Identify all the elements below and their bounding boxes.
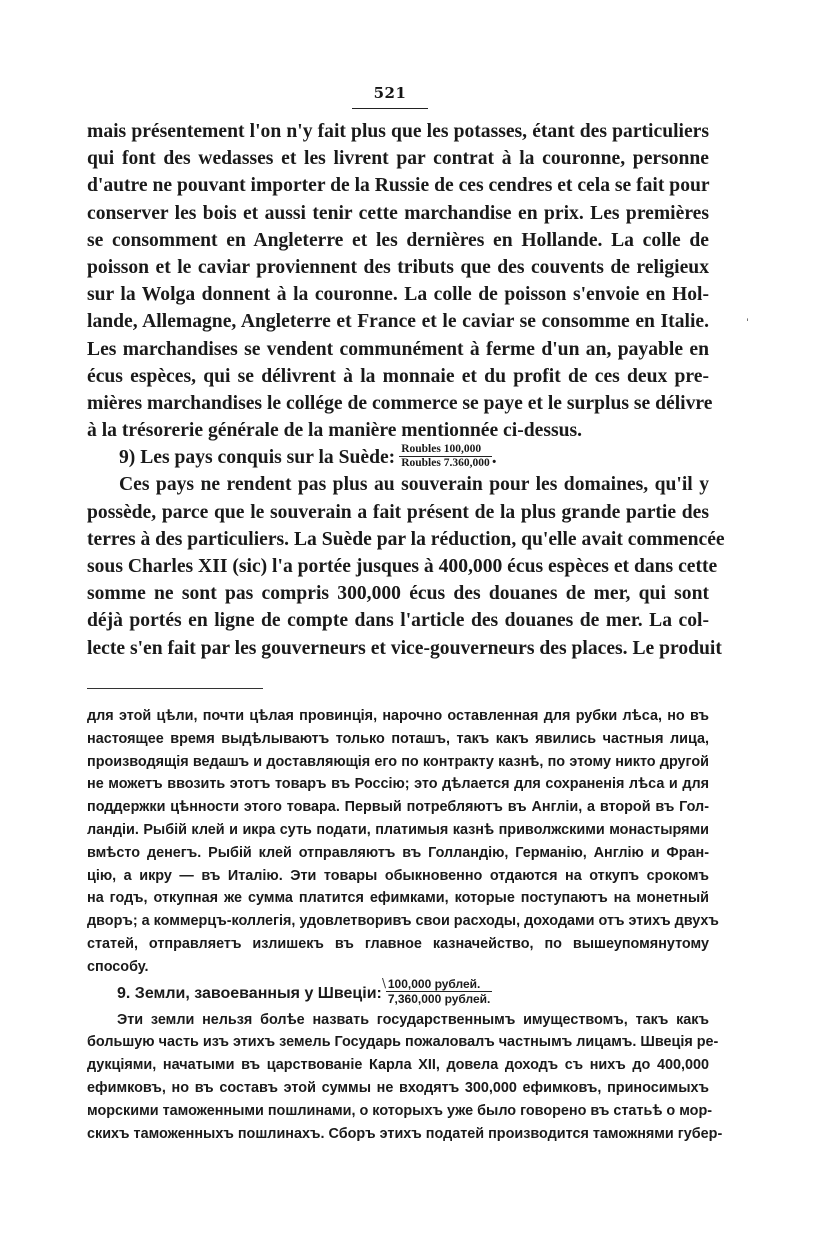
text-line: sous Charles XII (sic) l'a portée jusque…: [87, 553, 709, 580]
footnote-line: поддержки цѣнности этого товара. Первый …: [87, 796, 709, 819]
item-9-suffix: .: [492, 447, 497, 468]
text-line: conserver les bois et aussi tenir cette …: [87, 200, 709, 227]
footnote-item-9-heading: 9. Земли, завоеванныя у Швеціи:100,000 р…: [87, 979, 709, 1009]
item-9-label: 9) Les pays conquis sur la Suède:: [119, 447, 395, 468]
fraction-numerator: Roubles 100,000: [399, 443, 492, 457]
footnote-line: не можетъ ввозить этотъ товаръ въ Россію…: [87, 773, 709, 796]
text-line: Ces pays ne rendent pas plus au souverai…: [87, 471, 709, 498]
footnote-item-9-fraction: 100,000 рублей.7,360,000 рублей.: [386, 977, 493, 1006]
footnote-line: для этой цѣли, почти цѣлая провинція, на…: [87, 705, 709, 728]
footnote-line: настоящее время выдѣлываютъ только поташ…: [87, 728, 709, 751]
footnote-line: скихъ таможенныхъ пошлинахъ. Сборъ этихъ…: [87, 1123, 709, 1146]
footnote-line: ландіи. Рыбій клей и икра суть подати, п…: [87, 819, 709, 842]
text-line: d'autre ne pouvant importer de la Russie…: [87, 172, 709, 199]
footnote-line: дукціями, начатыми въ царствованіе Карла…: [87, 1054, 709, 1077]
item-9-fraction: Roubles 100,000Roubles 7.360,000: [399, 443, 492, 470]
text-line: déjà portés en ligne de compte dans l'ar…: [87, 607, 709, 634]
footnote-line: статей, отправляетъ излишекъ въ главное …: [87, 933, 709, 956]
footnote-line: вмѣсто денегъ. Рыбій клей отправляютъ въ…: [87, 842, 709, 865]
footnote-line: морскими таможенными пошлинами, о которы…: [87, 1100, 709, 1123]
footnote-line: производящія ведашъ и доставляющія его п…: [87, 751, 709, 774]
text-line: se consomment en Angleterre et les derni…: [87, 227, 709, 254]
footnote-line: цію, а икру — въ Италію. Эти товары обык…: [87, 865, 709, 888]
footnote-line: способу.: [87, 956, 709, 979]
footnote-separator: [87, 688, 263, 689]
text-line: lecte s'en fait par les gouverneurs et v…: [87, 635, 709, 662]
book-page: 521 mais présentement l'on n'y fait plus…: [0, 0, 820, 1256]
page-number: 521: [330, 84, 450, 102]
footnote-item-9-label: 9. Земли, завоеванныя у Швеціи:: [117, 985, 382, 1002]
footnote-line: Эти земли нельзя болѣе назвать государст…: [87, 1009, 709, 1032]
main-text: mais présentement l'on n'y fait plus que…: [87, 118, 709, 662]
text-line: mières marchandises le collége de commer…: [87, 390, 709, 417]
footnote-line: ефимковъ, но въ составъ этой суммы не вх…: [87, 1077, 709, 1100]
text-line: poisson et le caviar proviennent des tri…: [87, 254, 709, 281]
text-line: Les marchandises se vendent communément …: [87, 336, 709, 363]
text-line: possède, parce que le souverain a fait p…: [87, 499, 709, 526]
stray-mark: ˈ: [746, 318, 749, 329]
footnote-line: дворъ; а коммерцъ-коллегія, удовлетворив…: [87, 910, 709, 933]
text-line: sur la Wolga donnent à la couronne. La c…: [87, 281, 709, 308]
footnote-line: на годъ, откупная же сумма платится ефим…: [87, 887, 709, 910]
fraction-numerator: 100,000 рублей.: [386, 977, 493, 992]
item-9-heading: 9) Les pays conquis sur la Suède:Roubles…: [87, 444, 709, 471]
text-line: mais présentement l'on n'y fait plus que…: [87, 118, 709, 145]
text-line: écus espèces, qui se délivrent à la monn…: [87, 363, 709, 390]
text-line: terres à des particuliers. La Suède par …: [87, 526, 709, 553]
footnote-line: большую часть изъ этихъ земель Государь …: [87, 1031, 709, 1054]
stray-mark: \: [382, 976, 386, 990]
text-line: lande, Allemagne, Angleterre et France e…: [87, 308, 709, 335]
text-line: somme ne sont pas compris 300,000 écus d…: [87, 580, 709, 607]
page-number-rule: [352, 108, 428, 109]
fraction-denominator: 7,360,000 рублей.: [386, 992, 493, 1006]
fraction-denominator: Roubles 7.360,000: [399, 457, 492, 470]
text-line: qui font des wedasses et les livrent par…: [87, 145, 709, 172]
footnote-text: для этой цѣли, почти цѣлая провинція, на…: [87, 705, 709, 1145]
text-line: à la trésorerie générale de la manière m…: [87, 417, 709, 444]
